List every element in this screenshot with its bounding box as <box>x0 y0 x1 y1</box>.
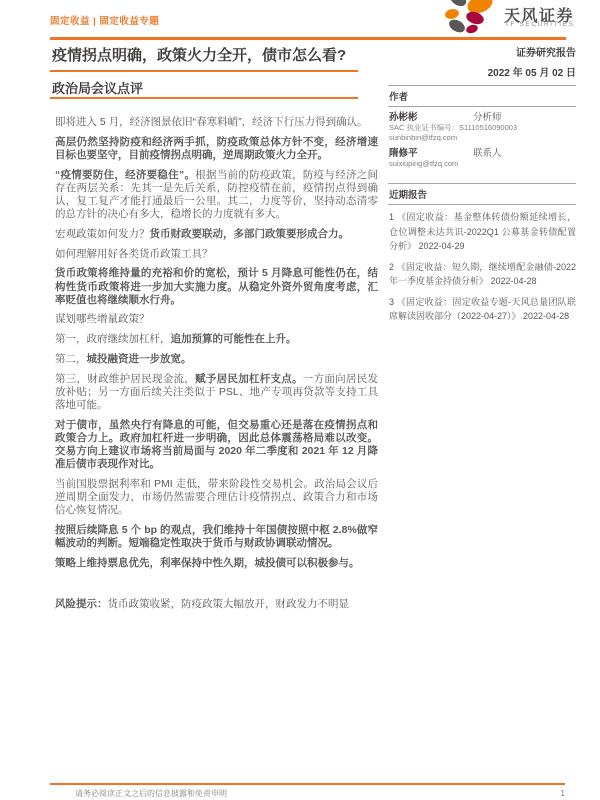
body-text-segment: 城投融资进一步放宽。 <box>87 353 192 365</box>
body-paragraph: 第一，政府继续加杠杆，追加预算的可能性在上升。 <box>55 333 378 346</box>
body-text-segment: 第二， <box>55 353 87 365</box>
body-text-segment: 对于债市，虽然央行有降息的可能，但交易重心还是落在疫情拐点和政策合力上。政府加杠… <box>55 419 378 471</box>
body-text-segment: 按照后续降息 5 个 bp 的观点，我们维持十年国债按照中枢 2.8%做窄幅波动… <box>55 524 378 549</box>
body-text-segment: 当前国股票据利率和 PMI 走低，带来阶段性交易机会。政治局会议后逆周期全面发力… <box>55 478 378 516</box>
body-paragraph: 第三，财政维护居民现金流，赋予居民加杠杆支点。一方面向居民发放补贴；另一方面后续… <box>55 373 378 413</box>
subtitle-divider <box>50 97 358 99</box>
header-divider <box>50 37 566 40</box>
risk-warning-label: 风险提示： <box>55 598 108 610</box>
body-text-segment: “疫情要防住，经济要稳住”。 <box>55 169 195 181</box>
brand-name-en: TF SECURITIES <box>505 21 575 28</box>
recent-reports-section-label: 近期报告 <box>388 184 576 204</box>
body-text-segment: 谋划哪些增量政策？ <box>55 313 150 325</box>
body-paragraph: 高层仍然坚持防疫和经济两手抓，防疫政策总体方针不变，经济增速目标也要坚守，目前疫… <box>55 136 378 162</box>
report-page: 固定收益 | 固定收益专题 天风证券 TF SECURITIES 疫情拐点明确，… <box>0 0 600 800</box>
report-title: 疫情拐点明确，政策火力全开，债市怎么看? <box>52 44 372 65</box>
body-text-segment: 追加预算的可能性在上升。 <box>171 333 297 345</box>
page-number: 1 <box>560 788 565 798</box>
report-subtitle: 政治局会议点评 <box>52 78 143 97</box>
sidebar: 证券研究报告 2022 年 05 月 02 日 作者 孙彬彬分析师SAC 执业证… <box>388 44 576 330</box>
divider <box>388 106 576 107</box>
body-text-segment: 宏观政策如何发力？ <box>55 228 150 240</box>
recent-report-item: 3 《固定收益：固定收益专题-天风总量团队联席解读固收部分（2022-04-27… <box>389 295 576 324</box>
body-paragraph: 策略上维持票息优先，利率保持中性久期，城投债可以积极参与。 <box>55 557 378 570</box>
author-name: 隋修平 <box>389 145 473 159</box>
authors-list: 孙彬彬分析师SAC 执业证书编号：S1110516090003sunbinbin… <box>388 109 576 169</box>
author-role: 联系人 <box>473 145 502 159</box>
divider <box>388 204 576 205</box>
body-paragraph: 货币政策将维持量的充裕和价的宽松，预计 5 月降息可能性仍在，结构性货币政策将进… <box>55 267 378 307</box>
body-text-segment: 即将进入 5 月，经济图景依旧“春寒料峭”，经济下行压力得到确认。 <box>55 116 368 128</box>
report-body: 即将进入 5 月，经济图景依旧“春寒料峭”，经济下行压力得到确认。高层仍然坚持防… <box>55 116 378 611</box>
risk-warning-text: 货币政策收紧，防疫政策大幅放开，财政发力不明显 <box>108 598 350 610</box>
recent-reports-list: 1 《固定收益：基金整体转债份额延续增长，仓位调整未达共识-2022Q1 公募基… <box>388 210 576 324</box>
recent-report-item: 2 《固定收益：短久期，继续增配金融债-2022 年一季度基金持债分析》 202… <box>389 260 576 289</box>
body-text-segment: 货币财政要联动，多部门政策要形成合力。 <box>150 228 350 240</box>
author-email: suixiuping@tfzq.com <box>388 159 576 169</box>
report-type-label: 证券研究报告 <box>388 44 576 59</box>
body-text-segment: 第一，政府继续加杠杆， <box>55 333 171 345</box>
report-date: 2022 年 05 月 02 日 <box>388 64 576 79</box>
body-paragraphs: 即将进入 5 月，经济图景依旧“春寒料峭”，经济下行压力得到确认。高层仍然坚持防… <box>55 116 378 570</box>
body-text-segment: 高层仍然坚持防疫和经济两手抓，防疫政策总体方针不变，经济增速目标也要坚守，目前疫… <box>55 136 378 161</box>
tf-securities-logo: 天风证券 TF SECURITIES <box>444 0 594 37</box>
author-row: 孙彬彬分析师 <box>388 109 576 123</box>
author-entry: 隋修平联系人suixiuping@tfzq.com <box>388 145 576 169</box>
author-role: 分析师 <box>473 109 502 123</box>
author-certificate: SAC 执业证书编号：S1110516090003 <box>388 123 576 133</box>
recent-report-item: 1 《固定收益：基金整体转债份额延续增长，仓位调整未达共识-2022Q1 公募基… <box>389 210 576 254</box>
footer-divider <box>50 783 565 785</box>
author-email: sunbinbin@tfzq.com <box>388 133 576 143</box>
body-text-segment: 货币政策将维持量的充裕和价的宽松，预计 5 月降息可能性仍在，结构性货币政策将进… <box>55 267 378 305</box>
title-divider <box>50 70 358 72</box>
authors-section-label: 作者 <box>388 86 576 106</box>
body-paragraph: 宏观政策如何发力？货币财政要联动，多部门政策要形成合力。 <box>55 228 378 241</box>
tf-logo-icon <box>444 0 500 37</box>
category-breadcrumb: 固定收益 | 固定收益专题 <box>50 13 159 27</box>
author-row: 隋修平联系人 <box>388 145 576 159</box>
author-entry: 孙彬彬分析师SAC 执业证书编号：S1110516090003sunbinbin… <box>388 109 576 143</box>
body-paragraph: 当前国股票据利率和 PMI 走低，带来阶段性交易机会。政治局会议后逆周期全面发力… <box>55 478 378 518</box>
body-text-segment: 第三，财政维护居民现金流， <box>55 373 195 385</box>
risk-warning: 风险提示：货币政策收紧，防疫政策大幅放开，财政发力不明显 <box>55 598 378 611</box>
body-paragraph: 即将进入 5 月，经济图景依旧“春寒料峭”，经济下行压力得到确认。 <box>55 116 378 129</box>
body-text-segment: 策略上维持票息优先，利率保持中性久期，城投债可以积极参与。 <box>55 557 360 569</box>
body-paragraph: 按照后续降息 5 个 bp 的观点，我们维持十年国债按照中枢 2.8%做窄幅波动… <box>55 524 378 550</box>
body-text-segment: 赋予居民加杠杆支点。 <box>195 373 303 385</box>
body-text-segment: 如何理解用好各类货币政策工具？ <box>55 248 213 260</box>
body-paragraph: “疫情要防住，经济要稳住”。根据当前的防疫政策，防疫与经济之间存在两层关系：先其… <box>55 169 378 222</box>
footer-disclaimer: 请务必阅读正文之后的信息披露和免责申明 <box>75 788 227 799</box>
body-paragraph: 谋划哪些增量政策？ <box>55 313 378 326</box>
body-paragraph: 如何理解用好各类货币政策工具？ <box>55 248 378 261</box>
body-paragraph: 对于债市，虽然央行有降息的可能，但交易重心还是落在疫情拐点和政策合力上。政府加杠… <box>55 419 378 472</box>
body-paragraph: 第二，城投融资进一步放宽。 <box>55 353 378 366</box>
author-name: 孙彬彬 <box>389 109 473 123</box>
